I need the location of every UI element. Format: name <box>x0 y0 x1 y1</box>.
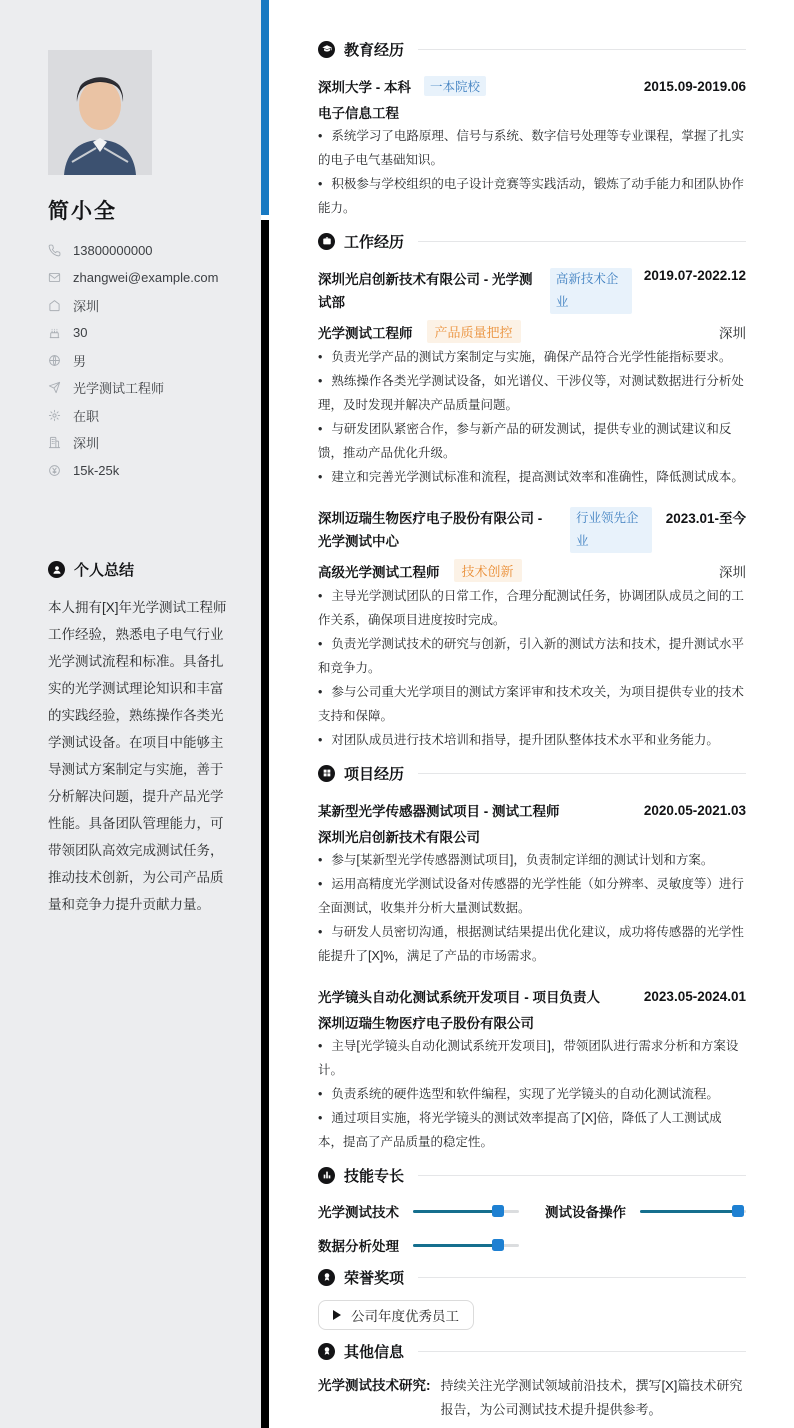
bullet-item: 对团队成员进行技术培训和指导，提升团队整体技术水平和业务能力。 <box>318 728 746 752</box>
contact-job-title: 光学测试工程师 <box>48 379 261 397</box>
slider-fill <box>413 1244 498 1247</box>
bullet-item: 运用高精度光学测试设备对传感器的光学性能（如分辨率、灵敏度等）进行全面测试，收集… <box>318 872 746 920</box>
bullet-item: 负责系统的硬件选型和软件编程，实现了光学镜头的自动化测试流程。 <box>318 1082 746 1106</box>
skill-name: 数据分析处理 <box>318 1235 399 1255</box>
section-title: 教育经历 <box>344 39 404 60</box>
project-company: 深圳光启创新技术有限公司 <box>318 826 746 846</box>
school-badge: 一本院校 <box>424 76 486 96</box>
contact-value: 男 <box>73 351 86 370</box>
age-icon <box>48 326 61 339</box>
contact-age: 30 <box>48 324 261 342</box>
skill-item: 光学测试技术 <box>318 1200 519 1222</box>
project-name: 光学镜头自动化测试系统开发项目 - 项目负责人 <box>318 986 600 1006</box>
bullet-item: 积极参与学校组织的电子设计竞赛等实践活动，锻炼了动手能力和团队协作能力。 <box>318 172 746 220</box>
section-divider <box>418 1351 746 1352</box>
contact-location: 深圳 <box>48 296 261 314</box>
section-honors-header: 荣誉奖项 <box>318 1266 746 1288</box>
phone-icon <box>48 244 61 257</box>
bullet-item: 主导[光学镜头自动化测试系统开发项目]，带领团队进行需求分析和方案设计。 <box>318 1034 746 1082</box>
city-icon <box>48 436 61 449</box>
project-bullets: 主导[光学镜头自动化测试系统开发项目]，带领团队进行需求分析和方案设计。 负责系… <box>318 1034 746 1154</box>
honor-label: 公司年度优秀员工 <box>351 1305 459 1325</box>
section-title: 其他信息 <box>344 1341 404 1362</box>
company-row: 深圳迈瑞生物医疗电子股份有限公司 - 光学测试中心 行业领先企业 2023.01… <box>318 507 746 553</box>
project-entry: 光学镜头自动化测试系统开发项目 - 项目负责人 2023.05-2024.01 … <box>318 986 746 1154</box>
job-entry: 深圳迈瑞生物医疗电子股份有限公司 - 光学测试中心 行业领先企业 2023.01… <box>318 507 746 752</box>
graduation-cap-icon <box>318 41 335 58</box>
major-name: 电子信息工程 <box>318 102 746 122</box>
bullet-item: 系统学习了电路原理、信号与系统、数字信号处理等专业课程，掌握了扎实的电子电气基础… <box>318 124 746 172</box>
other-info-row: 光学测试技术研究: 持续关注光学测试领域前沿技术，撰写[X]篇技术研究报告，为公… <box>318 1374 746 1422</box>
contact-gender: 男 <box>48 351 261 369</box>
project-date: 2020.05-2021.03 <box>632 803 746 818</box>
job-location: 深圳 <box>719 561 746 581</box>
job-icon <box>48 381 61 394</box>
project-company: 深圳迈瑞生物医疗电子股份有限公司 <box>318 1012 746 1032</box>
section-title: 技能专长 <box>344 1165 404 1186</box>
section-title: 项目经历 <box>344 763 404 784</box>
company-name: 深圳迈瑞生物医疗电子股份有限公司 - 光学测试中心 <box>318 507 556 553</box>
company-badge: 行业领先企业 <box>570 507 652 553</box>
contact-list: 13800000000 zhangwei@example.com 深圳 30 男… <box>48 241 261 479</box>
job-entry: 深圳光启创新技术有限公司 - 光学测试部 高新技术企业 2019.07-2022… <box>318 268 746 489</box>
project-bullets: 参与[某新型光学传感器测试项目]，负责制定详细的测试计划和方案。 运用高精度光学… <box>318 848 746 968</box>
contact-value: 光学测试工程师 <box>73 378 164 397</box>
contact-value: 30 <box>73 325 87 340</box>
bullet-item: 参与公司重大光学项目的测试方案评审和技术攻关，为项目提供专业的技术支持和保障。 <box>318 680 746 728</box>
contact-salary: 15k-25k <box>48 461 261 479</box>
bullet-item: 与研发人员密切沟通，根据测试结果提出优化建议，成功将传感器的光学性能提升了[X]… <box>318 920 746 968</box>
section-divider <box>418 1277 746 1278</box>
skill-name: 光学测试技术 <box>318 1201 399 1221</box>
section-other-header: 其他信息 <box>318 1340 746 1362</box>
section-projects-header: 项目经历 <box>318 762 746 784</box>
role-badge: 技术创新 <box>454 559 522 582</box>
bar-chart-icon <box>318 1167 335 1184</box>
contact-value: zhangwei@example.com <box>73 270 218 285</box>
contact-email: zhangwei@example.com <box>48 269 261 287</box>
honor-item-button[interactable]: 公司年度优秀员工 <box>318 1300 474 1330</box>
status-icon <box>48 409 61 422</box>
skill-slider[interactable] <box>640 1205 746 1218</box>
contact-value: 深圳 <box>73 296 99 315</box>
section-divider <box>418 241 746 242</box>
education-date: 2015.09-2019.06 <box>632 79 746 94</box>
other-info-label: 光学测试技术研究: <box>318 1374 431 1398</box>
award-icon <box>318 1343 335 1360</box>
bullet-item: 参与[某新型光学传感器测试项目]，负责制定详细的测试计划和方案。 <box>318 848 746 872</box>
home-icon <box>48 299 61 312</box>
contact-value: 15k-25k <box>73 463 119 478</box>
skill-name: 测试设备操作 <box>545 1201 626 1221</box>
job-bullets: 主导光学测试团队的日常工作，合理分配测试任务，协调团队成员之间的工作关系，确保项… <box>318 584 746 752</box>
other-info-text: 持续关注光学测试领域前沿技术，撰写[X]篇技术研究报告，为公司测试技术提升提供参… <box>441 1374 747 1422</box>
slider-thumb[interactable] <box>492 1239 504 1251</box>
section-divider <box>418 49 746 50</box>
slider-fill <box>413 1210 498 1213</box>
role-badge: 产品质量把控 <box>427 320 521 343</box>
education-bullets: 系统学习了电路原理、信号与系统、数字信号处理等专业课程，掌握了扎实的电子电气基础… <box>318 124 746 220</box>
section-title: 荣誉奖项 <box>344 1267 404 1288</box>
slider-thumb[interactable] <box>732 1205 744 1217</box>
bullet-item: 负责光学测试技术的研究与创新，引入新的测试方法和技术，提升测试水平和竞争力。 <box>318 632 746 680</box>
job-location: 深圳 <box>719 322 746 342</box>
company-row: 深圳光启创新技术有限公司 - 光学测试部 高新技术企业 2019.07-2022… <box>318 268 746 314</box>
project-date: 2023.05-2024.01 <box>632 989 746 1004</box>
section-work-header: 工作经历 <box>318 230 746 252</box>
job-date: 2023.01-至今 <box>654 507 746 527</box>
grid-icon <box>318 765 335 782</box>
contact-value: 深圳 <box>73 433 99 452</box>
role-title: 高级光学测试工程师 <box>318 561 440 581</box>
company-badge: 高新技术企业 <box>550 268 632 314</box>
briefcase-icon <box>318 233 335 250</box>
play-triangle-icon <box>333 1310 341 1320</box>
job-bullets: 负责光学产品的测试方案制定与实施，确保产品符合光学性能指标要求。 熟练操作各类光… <box>318 345 746 489</box>
medal-icon <box>318 1269 335 1286</box>
bullet-item: 负责光学产品的测试方案制定与实施，确保产品符合光学性能指标要求。 <box>318 345 746 369</box>
role-title: 光学测试工程师 <box>318 322 413 342</box>
job-date: 2019.07-2022.12 <box>632 268 746 283</box>
bullet-item: 通过项目实施，将光学镜头的测试效率提高了[X]倍，降低了人工测试成本，提高了产品… <box>318 1106 746 1154</box>
sidebar: 简小全 13800000000 zhangwei@example.com 深圳 … <box>0 0 261 1428</box>
summary-text: 本人拥有[X]年光学测试工程师工作经验，熟悉电子电气行业光学测试流程和标准。具备… <box>48 594 235 918</box>
bullet-item: 与研发团队紧密合作，参与新产品的研发测试，提供专业的测试建议和反馈，推动产品优化… <box>318 417 746 465</box>
slider-fill <box>640 1210 738 1213</box>
personal-summary: 个人总结 本人拥有[X]年光学测试工程师工作经验，熟悉电子电气行业光学测试流程和… <box>48 559 235 918</box>
section-divider <box>418 1175 746 1176</box>
bullet-item: 熟练操作各类光学测试设备，如光谱仪、干涉仪等，对测试数据进行分析处理，及时发现并… <box>318 369 746 417</box>
skill-item: 数据分析处理 <box>318 1234 519 1256</box>
section-skills-header: 技能专长 <box>318 1164 746 1186</box>
skill-slider[interactable] <box>413 1205 519 1218</box>
slider-thumb[interactable] <box>492 1205 504 1217</box>
salary-icon <box>48 464 61 477</box>
section-divider <box>418 773 746 774</box>
skills-grid: 光学测试技术 测试设备操作 数据分析处理 <box>318 1200 746 1256</box>
person-icon <box>48 561 65 578</box>
candidate-name: 简小全 <box>48 195 261 225</box>
scroll-track-black[interactable] <box>261 220 269 1428</box>
project-row: 光学镜头自动化测试系统开发项目 - 项目负责人 2023.05-2024.01 <box>318 986 746 1006</box>
contact-value: 13800000000 <box>73 243 153 258</box>
skill-slider[interactable] <box>413 1239 519 1252</box>
project-row: 某新型光学传感器测试项目 - 测试工程师 2020.05-2021.03 <box>318 800 746 820</box>
project-entry: 某新型光学传感器测试项目 - 测试工程师 2020.05-2021.03 深圳光… <box>318 800 746 968</box>
scroll-thumb-blue[interactable] <box>261 0 269 215</box>
school-name: 深圳大学 - 本科 <box>318 76 411 96</box>
role-row: 光学测试工程师 产品质量把控 深圳 <box>318 320 746 343</box>
gender-icon <box>48 354 61 367</box>
portrait-image <box>48 50 152 175</box>
summary-title: 个人总结 <box>74 559 134 580</box>
role-row: 高级光学测试工程师 技术创新 深圳 <box>318 559 746 582</box>
resume-main: 教育经历 深圳大学 - 本科 一本院校 2015.09-2019.06 电子信息… <box>269 0 794 1428</box>
education-row: 深圳大学 - 本科 一本院校 2015.09-2019.06 <box>318 76 746 96</box>
contact-status: 在职 <box>48 406 261 424</box>
mail-icon <box>48 271 61 284</box>
profile-photo <box>48 50 152 175</box>
bullet-item: 主导光学测试团队的日常工作，合理分配测试任务，协调团队成员之间的工作关系，确保项… <box>318 584 746 632</box>
skill-item: 测试设备操作 <box>545 1200 746 1222</box>
contact-value: 在职 <box>73 406 99 425</box>
bullet-item: 建立和完善光学测试标准和流程，提高测试效率和准确性，降低测试成本。 <box>318 465 746 489</box>
contact-phone: 13800000000 <box>48 241 261 259</box>
scroll-indicator <box>261 0 269 1428</box>
company-name: 深圳光启创新技术有限公司 - 光学测试部 <box>318 268 536 314</box>
section-education-header: 教育经历 <box>318 38 746 60</box>
contact-city: 深圳 <box>48 434 261 452</box>
project-name: 某新型光学传感器测试项目 - 测试工程师 <box>318 800 560 820</box>
section-title: 工作经历 <box>344 231 404 252</box>
